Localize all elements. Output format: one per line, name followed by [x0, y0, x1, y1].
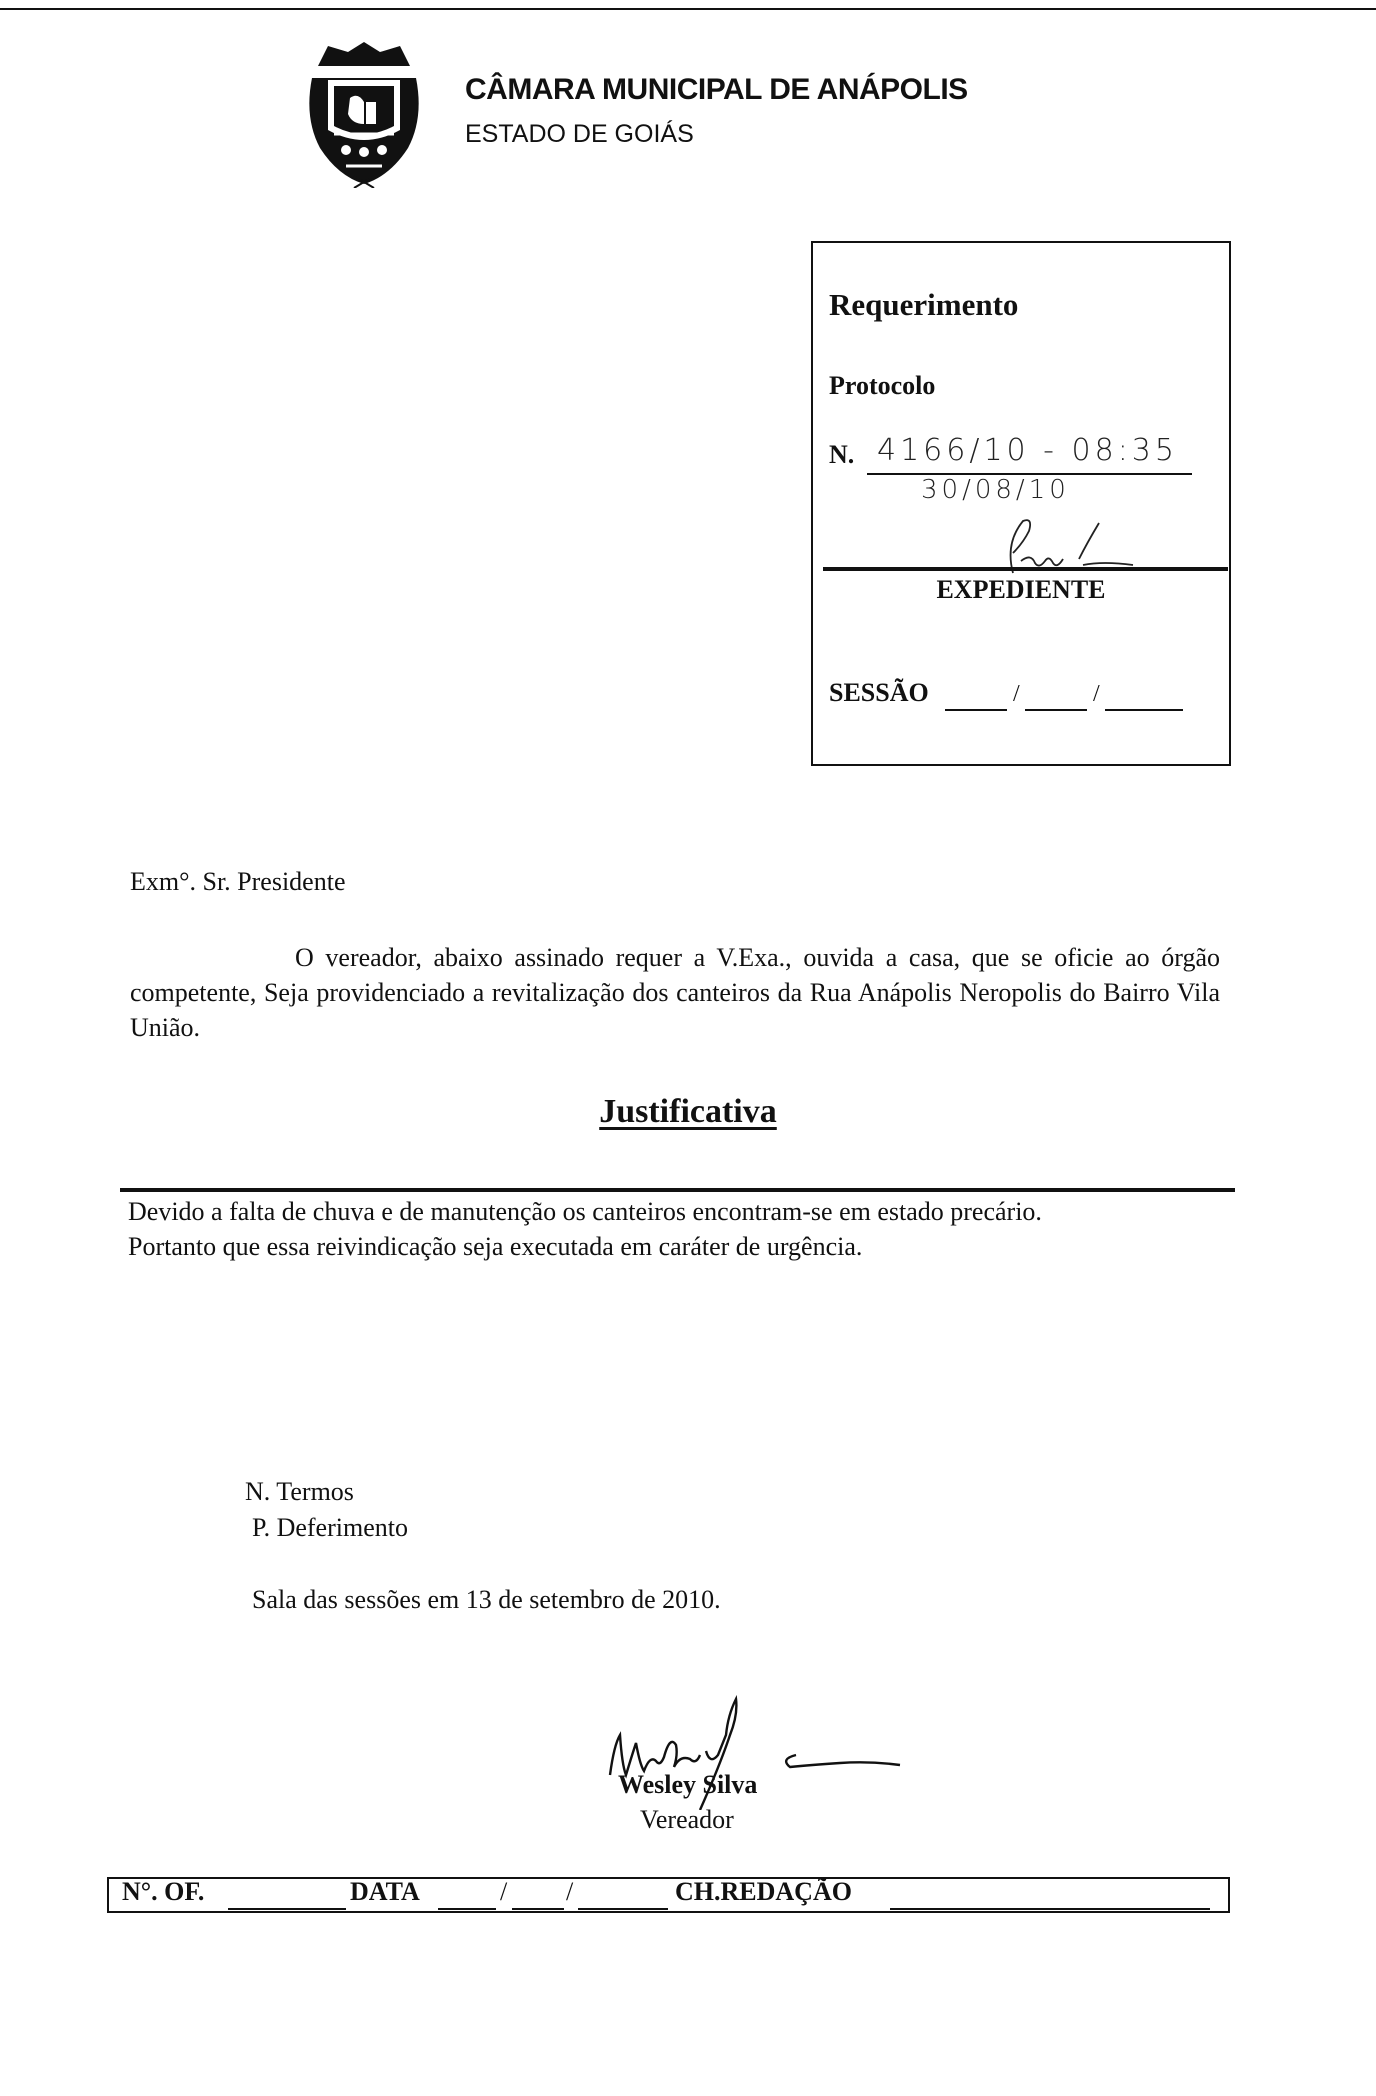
drafting-field: [890, 1908, 1210, 1910]
closing-terms: N. Termos: [245, 1477, 354, 1507]
record-day-field: [438, 1908, 496, 1910]
session-day-field: [945, 709, 1007, 711]
session-label: SESSÃO: [829, 678, 929, 708]
coat-of-arms-icon: [298, 38, 430, 188]
protocol-label: Protocolo: [829, 371, 935, 401]
request-paragraph: O vereador, abaixo assinado requer a V.E…: [130, 940, 1220, 1045]
office-number-label: N°. OF.: [122, 1877, 204, 1907]
handwritten-initials-icon: [983, 513, 1163, 583]
protocol-box: Requerimento Protocolo N. 4166/10 - 08:3…: [811, 241, 1231, 766]
date-separator: /: [566, 1877, 573, 1907]
record-month-field: [512, 1908, 564, 1910]
record-date-label: DATA: [350, 1877, 420, 1907]
signer-role: Vereador: [640, 1805, 734, 1835]
drafting-label: CH.REDAÇÃO: [675, 1877, 852, 1907]
place-and-date: Sala das sessões em 13 de setembro de 20…: [252, 1585, 721, 1615]
session-separator: /: [1013, 681, 1020, 708]
session-year-field: [1105, 709, 1183, 711]
justification-line: Portanto que essa reivindicação seja exe…: [128, 1229, 1238, 1264]
expediente-label: EXPEDIENTE: [813, 575, 1229, 605]
date-separator: /: [500, 1877, 507, 1907]
session-separator: /: [1093, 681, 1100, 708]
office-number-field: [228, 1908, 346, 1910]
session-month-field: [1025, 709, 1087, 711]
state-name: ESTADO DE GOIÁS: [465, 120, 694, 149]
closing-request: P. Deferimento: [252, 1513, 408, 1543]
justification-rule: [120, 1188, 1235, 1192]
protocol-date-handwritten: 30/08/10: [921, 475, 1070, 505]
top-border-line: [0, 8, 1376, 10]
signer-name: Wesley Silva: [618, 1770, 757, 1800]
record-year-field: [578, 1908, 668, 1910]
organization-name: CÂMARA MUNICIPAL DE ANÁPOLIS: [465, 73, 968, 107]
protocol-number-handwritten: 4166/10 - 08:35: [877, 433, 1178, 468]
document-type-title: Requerimento: [829, 287, 1018, 323]
justification-title: Justificativa: [0, 1093, 1376, 1131]
protocol-number-label: N.: [829, 440, 854, 470]
salutation: Exm°. Sr. Presidente: [130, 867, 346, 897]
expediente-rule: [823, 567, 1228, 571]
request-text: O vereador, abaixo assinado requer a V.E…: [130, 943, 1220, 1042]
justification-text: Devido a falta de chuva e de manutenção …: [128, 1194, 1238, 1264]
justification-line: Devido a falta de chuva e de manutenção …: [128, 1194, 1238, 1229]
